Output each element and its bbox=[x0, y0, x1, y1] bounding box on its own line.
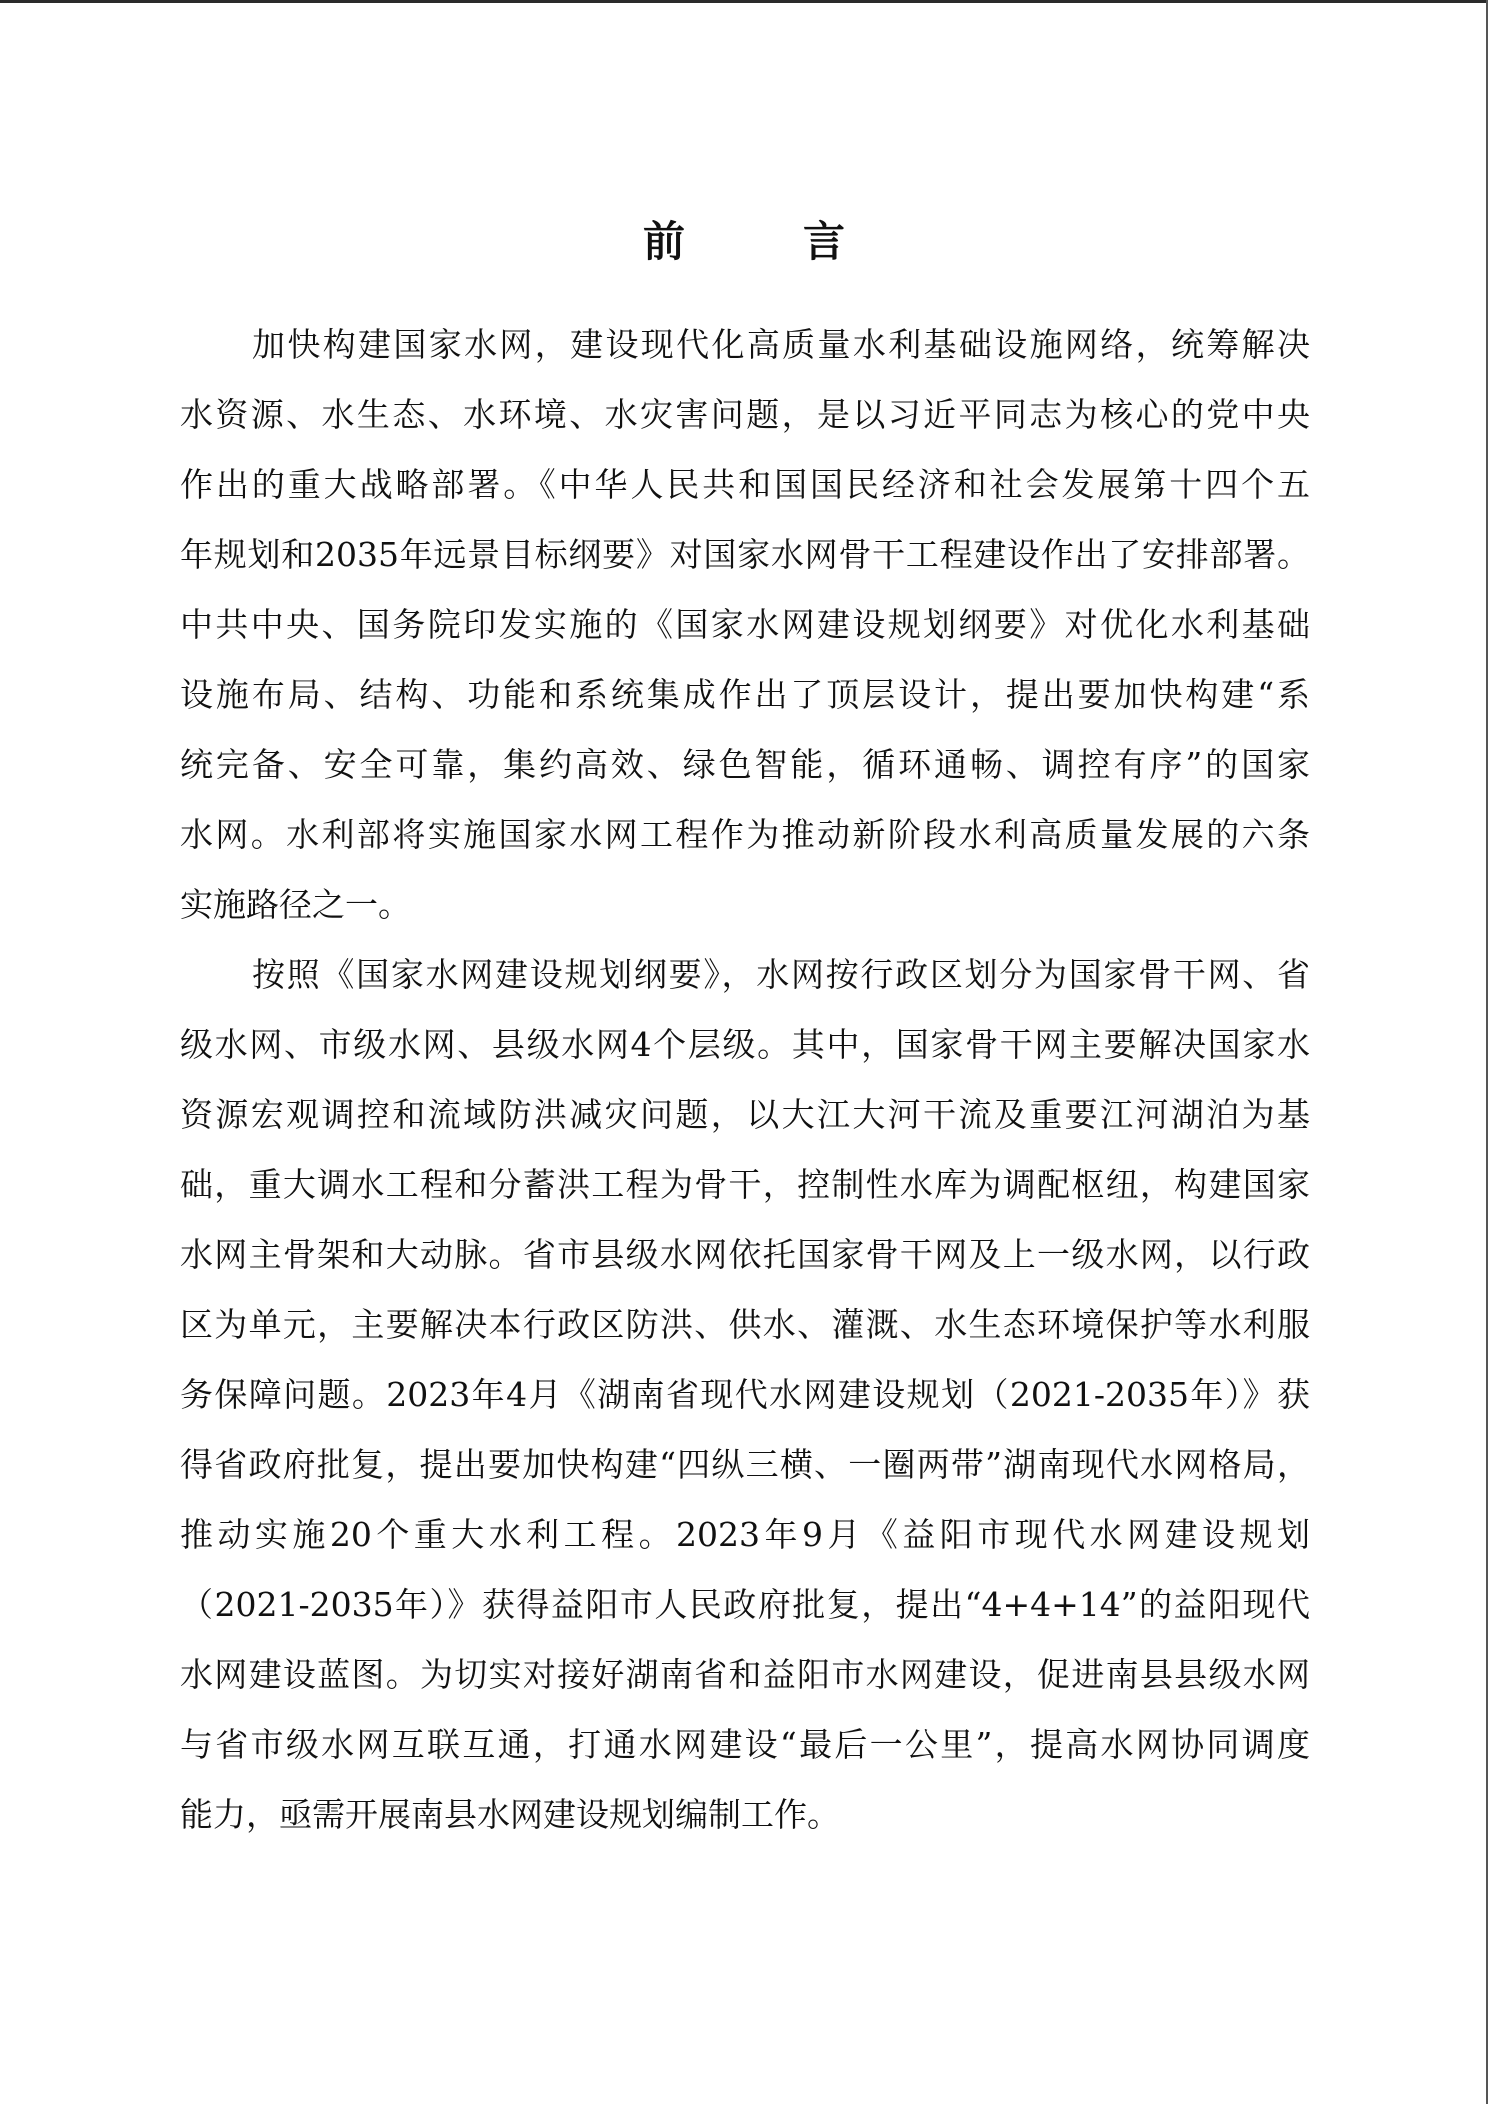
paragraph-line: 中共中央、国务院印发实施的《国家水网建设规划纲要》对优化水利基础 bbox=[180, 590, 1310, 660]
paragraph-1: 加快构建国家水网，建设现代化高质量水利基础设施网络，统筹解决 水资源、水生态、水… bbox=[180, 310, 1310, 940]
paragraph-line: 级水网、市级水网、县级水网4个层级。其中，国家骨干网主要解决国家水 bbox=[180, 1010, 1310, 1080]
paragraph-line: （2021-2035年）》获得益阳市人民政府批复，提出“4+4+14”的益阳现代 bbox=[180, 1570, 1310, 1640]
paragraph-2: 按照《国家水网建设规划纲要》，水网按行政区划分为国家骨干网、省 级水网、市级水网… bbox=[180, 940, 1310, 1850]
paragraph-line: 水网。水利部将实施国家水网工程作为推动新阶段水利高质量发展的六条 bbox=[180, 800, 1310, 870]
page-border-top bbox=[0, 0, 1488, 3]
title-char-1: 前 bbox=[643, 214, 685, 270]
paragraph-line: 水网建设蓝图。为切实对接好湖南省和益阳市水网建设，促进南县县级水网 bbox=[180, 1640, 1310, 1710]
paragraph-line: 区为单元，主要解决本行政区防洪、供水、灌溉、水生态环境保护等水利服 bbox=[180, 1290, 1310, 1360]
paragraph-line: 统完备、安全可靠，集约高效、绿色智能，循环通畅、调控有序”的国家 bbox=[180, 730, 1310, 800]
paragraph-line: 水网主骨架和大动脉。省市县级水网依托国家骨干网及上一级水网，以行政 bbox=[180, 1220, 1310, 1290]
paragraph-line: 资源宏观调控和流域防洪减灾问题，以大江大河干流及重要江河湖泊为基 bbox=[180, 1080, 1310, 1150]
paragraph-line: 础，重大调水工程和分蓄洪工程为骨干，控制性水库为调配枢纽，构建国家 bbox=[180, 1150, 1310, 1220]
paragraph-line: 实施路径之一。 bbox=[180, 870, 1310, 940]
paragraph-line: 能力，亟需开展南县水网建设规划编制工作。 bbox=[180, 1780, 1310, 1850]
paragraph-line: 得省政府批复，提出要加快构建“四纵三横、一圈两带”湖南现代水网格局， bbox=[180, 1430, 1310, 1500]
paragraph-line: 水资源、水生态、水环境、水灾害问题，是以习近平同志为核心的党中央 bbox=[180, 380, 1310, 450]
paragraph-line: 推动实施20个重大水利工程。2023年9月《益阳市现代水网建设规划 bbox=[180, 1500, 1310, 1570]
paragraph-line: 设施布局、结构、功能和系统集成作出了顶层设计，提出要加快构建“系 bbox=[180, 660, 1310, 730]
paragraph-line: 务保障问题。2023年4月《湖南省现代水网建设规划（2021-2035年）》获 bbox=[180, 1360, 1310, 1430]
title-char-2: 言 bbox=[803, 214, 845, 270]
paragraph-line: 与省市级水网互联互通，打通水网建设“最后一公里”，提高水网协同调度 bbox=[180, 1710, 1310, 1780]
page-title: 前言 bbox=[0, 214, 1488, 270]
document-body: 加快构建国家水网，建设现代化高质量水利基础设施网络，统筹解决 水资源、水生态、水… bbox=[180, 310, 1310, 1850]
paragraph-line: 加快构建国家水网，建设现代化高质量水利基础设施网络，统筹解决 bbox=[180, 310, 1310, 380]
paragraph-line: 按照《国家水网建设规划纲要》，水网按行政区划分为国家骨干网、省 bbox=[180, 940, 1310, 1010]
paragraph-line: 年规划和2035年远景目标纲要》对国家水网骨干工程建设作出了安排部署。 bbox=[180, 520, 1310, 590]
paragraph-line: 作出的重大战略部署。《中华人民共和国国民经济和社会发展第十四个五 bbox=[180, 450, 1310, 520]
